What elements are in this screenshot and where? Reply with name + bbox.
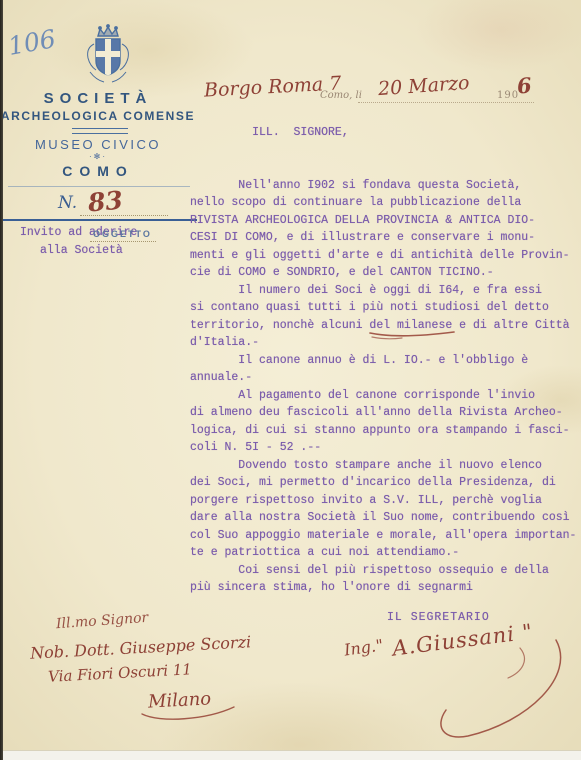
typed-line: di almeno deu fascicoli all'anno della R… (190, 404, 576, 422)
subject-typed-line2: alla Società (40, 244, 123, 257)
typed-line: d'Italia.- (190, 334, 576, 352)
typed-line: Coi sensi del più rispettoso ossequio e … (190, 562, 576, 580)
typed-line (190, 159, 576, 177)
scan-edge-bottom (0, 750, 581, 760)
subject-label: OGGETTO (93, 229, 152, 239)
typed-line: CESI DI COMO, e di illustrare e conserva… (190, 229, 576, 247)
organization-name-line2: ARCHEOLOGICA COMENSE (0, 109, 196, 123)
solid-rule-divider (0, 219, 197, 221)
recipient-name: Nob. Dott. Giuseppe Scorzi (30, 632, 252, 663)
typed-line: cie di COMO e SONDRIO, e del CANTON TICI… (190, 264, 576, 282)
coat-of-arms-icon (76, 24, 140, 95)
museum-name: MUSEO CIVICO (0, 137, 196, 152)
protocol-number-value: 83 (87, 186, 124, 218)
typed-line: Il numero dei Soci è oggi di I64, e fra … (190, 282, 576, 300)
typed-line: RIVISTA ARCHEOLOGICA DELLA PROVINCIA & A… (190, 212, 576, 230)
printed-place-label: Como, li (320, 90, 362, 101)
typed-line: coli N. 5I - 52 .-- (190, 439, 576, 457)
closing-role: IL SEGRETARIO (387, 611, 490, 624)
recipient-salutation: Ill.mo Signor (56, 610, 149, 632)
typed-line: logica, di cui si stanno appunto ora sta… (190, 422, 576, 440)
typed-line: territorio, nonchè alcuni del milanese e… (190, 317, 576, 335)
recipient-street: Via Fiori Oscuri 11 (48, 660, 193, 686)
letter-document: 106 SOCIETÀ ARCHEOLOGICA COMENSE (0, 0, 581, 760)
double-rule-divider (72, 128, 128, 134)
organization-name-line1: SOCIETÀ (0, 90, 196, 107)
typed-line: col Suo appoggio materiale e morale, all… (190, 527, 576, 545)
typed-line: Nell'anno I902 si fondava questa Società… (190, 177, 576, 195)
secretary-signature: A.Giussani " (391, 619, 534, 660)
archival-number-note: 106 (6, 24, 58, 61)
city-name: COMO (0, 163, 196, 179)
typed-line: Al pagamento del canone corrisponde l'in… (190, 387, 576, 405)
typed-line (190, 142, 576, 160)
fleuron-ornament-icon: ·✻· (0, 152, 196, 161)
protocol-number-label: N. (58, 193, 77, 213)
signature-title: Ing." (343, 635, 385, 659)
typed-line: porgere rispettoso invito a S.V. ILL, pe… (190, 492, 576, 510)
handwritten-date: 20 Marzo (377, 72, 470, 100)
typed-line: nello scopo di continuare la pubblicazio… (190, 194, 576, 212)
typed-line: dare alla nostra Società il Suo nome, co… (190, 509, 576, 527)
typed-line: dei Soci, mi permetto d'incarico della P… (190, 474, 576, 492)
typed-line: te e patriottica a cui noi attendiamo.- (190, 544, 576, 562)
handwritten-year-digit: 6 (516, 72, 533, 98)
scan-edge-left (0, 0, 3, 760)
dotted-line (90, 241, 156, 242)
recipient-city: Milano (147, 688, 211, 712)
typed-line: ILL. SIGNORE, (190, 124, 576, 142)
typed-line: annuale.- (190, 369, 576, 387)
letter-body: ILL. SIGNORE, Nell'anno I902 si fondava … (190, 124, 576, 597)
typed-line: Il canone annuo è di L. IO.- e l'obbligo… (190, 352, 576, 370)
typed-line: menti e gli oggetti d'arte e di antichit… (190, 247, 576, 265)
typed-line: più sincera stima, ho l'onore di segnarm… (190, 579, 576, 597)
dotted-line (358, 102, 534, 103)
typed-line: Dovendo tosto stampare anche il nuovo el… (190, 457, 576, 475)
printed-year-prefix: 190 (497, 90, 519, 101)
typed-line: si contano quasi tutti i più noti studio… (190, 299, 576, 317)
